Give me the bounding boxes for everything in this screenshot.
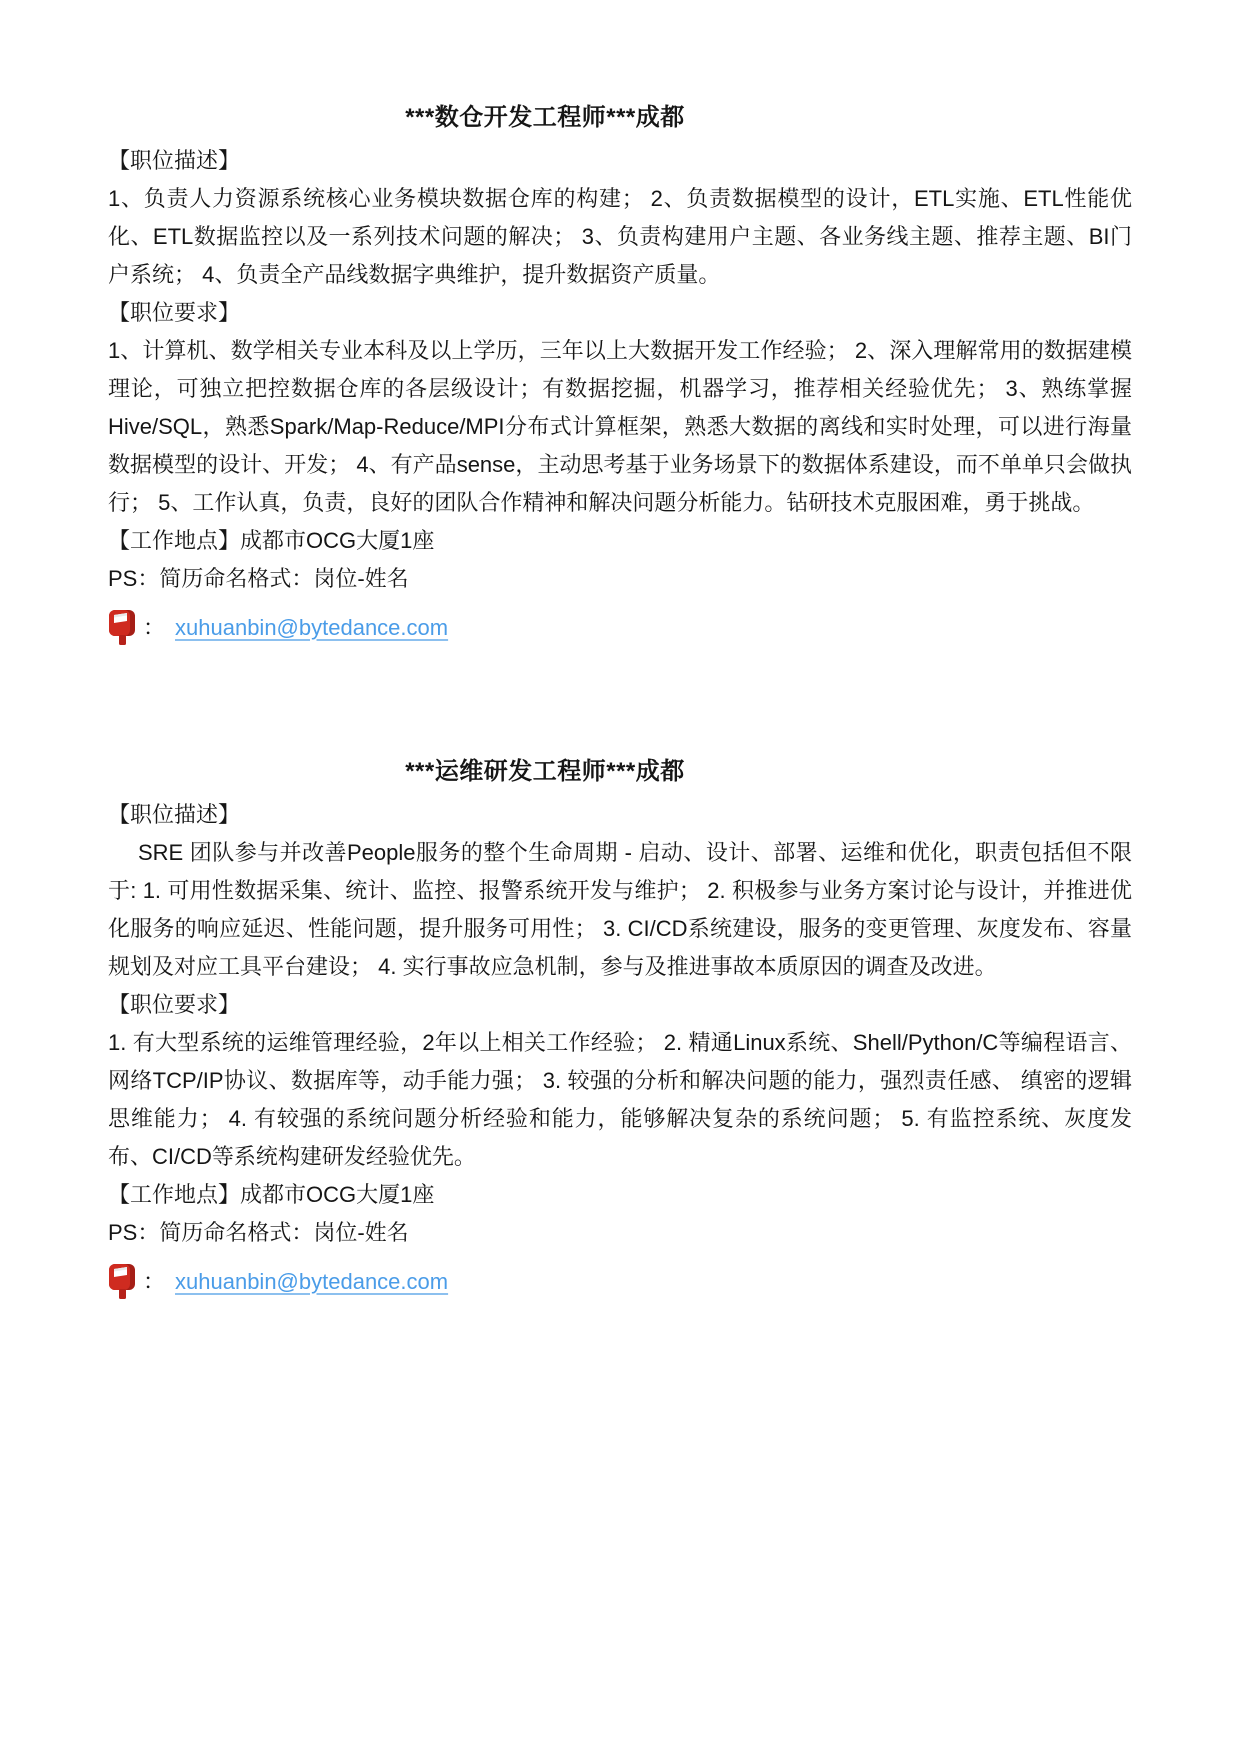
job-requirements-heading: 【职位要求】 xyxy=(108,294,1132,332)
job-description-text: SRE 团队参与并改善People服务的整个生命周期 - 启动、设计、部署、运维… xyxy=(108,834,1132,986)
job-posting-1: ***数仓开发工程师***成都 【职位描述】 1、负责人力资源系统核心业务模块数… xyxy=(108,98,1132,648)
job-requirements-text: 1、计算机、数学相关专业本科及以上学历，三年以上大数据开发工作经验； 2、深入理… xyxy=(108,332,1132,522)
job-description-heading: 【职位描述】 xyxy=(108,142,1132,180)
work-location-line: 【工作地点】成都市OCG大厦1座 xyxy=(108,522,1132,560)
job-description-text: 1、负责人力资源系统核心业务模块数据仓库的构建； 2、负责数据模型的设计，ETL… xyxy=(108,180,1132,294)
email-link[interactable]: xuhuanbin@bytedance.com xyxy=(175,609,448,647)
email-link[interactable]: xuhuanbin@bytedance.com xyxy=(175,1263,448,1301)
email-colon: ： xyxy=(143,1263,165,1301)
job-requirements-heading: 【职位要求】 xyxy=(108,986,1132,1024)
job-title: ***运维研发工程师***成都 xyxy=(108,752,982,792)
work-location-line: 【工作地点】成都市OCG大厦1座 xyxy=(108,1176,1132,1214)
email-colon: ： xyxy=(143,609,165,647)
job-posting-2: ***运维研发工程师***成都 【职位描述】 SRE 团队参与并改善People… xyxy=(108,752,1132,1302)
document-page: ***数仓开发工程师***成都 【职位描述】 1、负责人力资源系统核心业务模块数… xyxy=(0,0,1240,1753)
mailbox-icon xyxy=(108,1263,136,1301)
email-row: ： xuhuanbin@bytedance.com xyxy=(108,1262,1132,1302)
job-requirements-text: 1. 有大型系统的运维管理经验，2年以上相关工作经验； 2. 精通Linux系统… xyxy=(108,1024,1132,1176)
mailbox-icon xyxy=(108,609,136,647)
ps-note: PS：简历命名格式：岗位-姓名 xyxy=(108,1214,1132,1252)
email-row: ： xuhuanbin@bytedance.com xyxy=(108,608,1132,648)
job-title: ***数仓开发工程师***成都 xyxy=(108,98,982,138)
job-description-heading: 【职位描述】 xyxy=(108,796,1132,834)
ps-note: PS：简历命名格式：岗位-姓名 xyxy=(108,560,1132,598)
